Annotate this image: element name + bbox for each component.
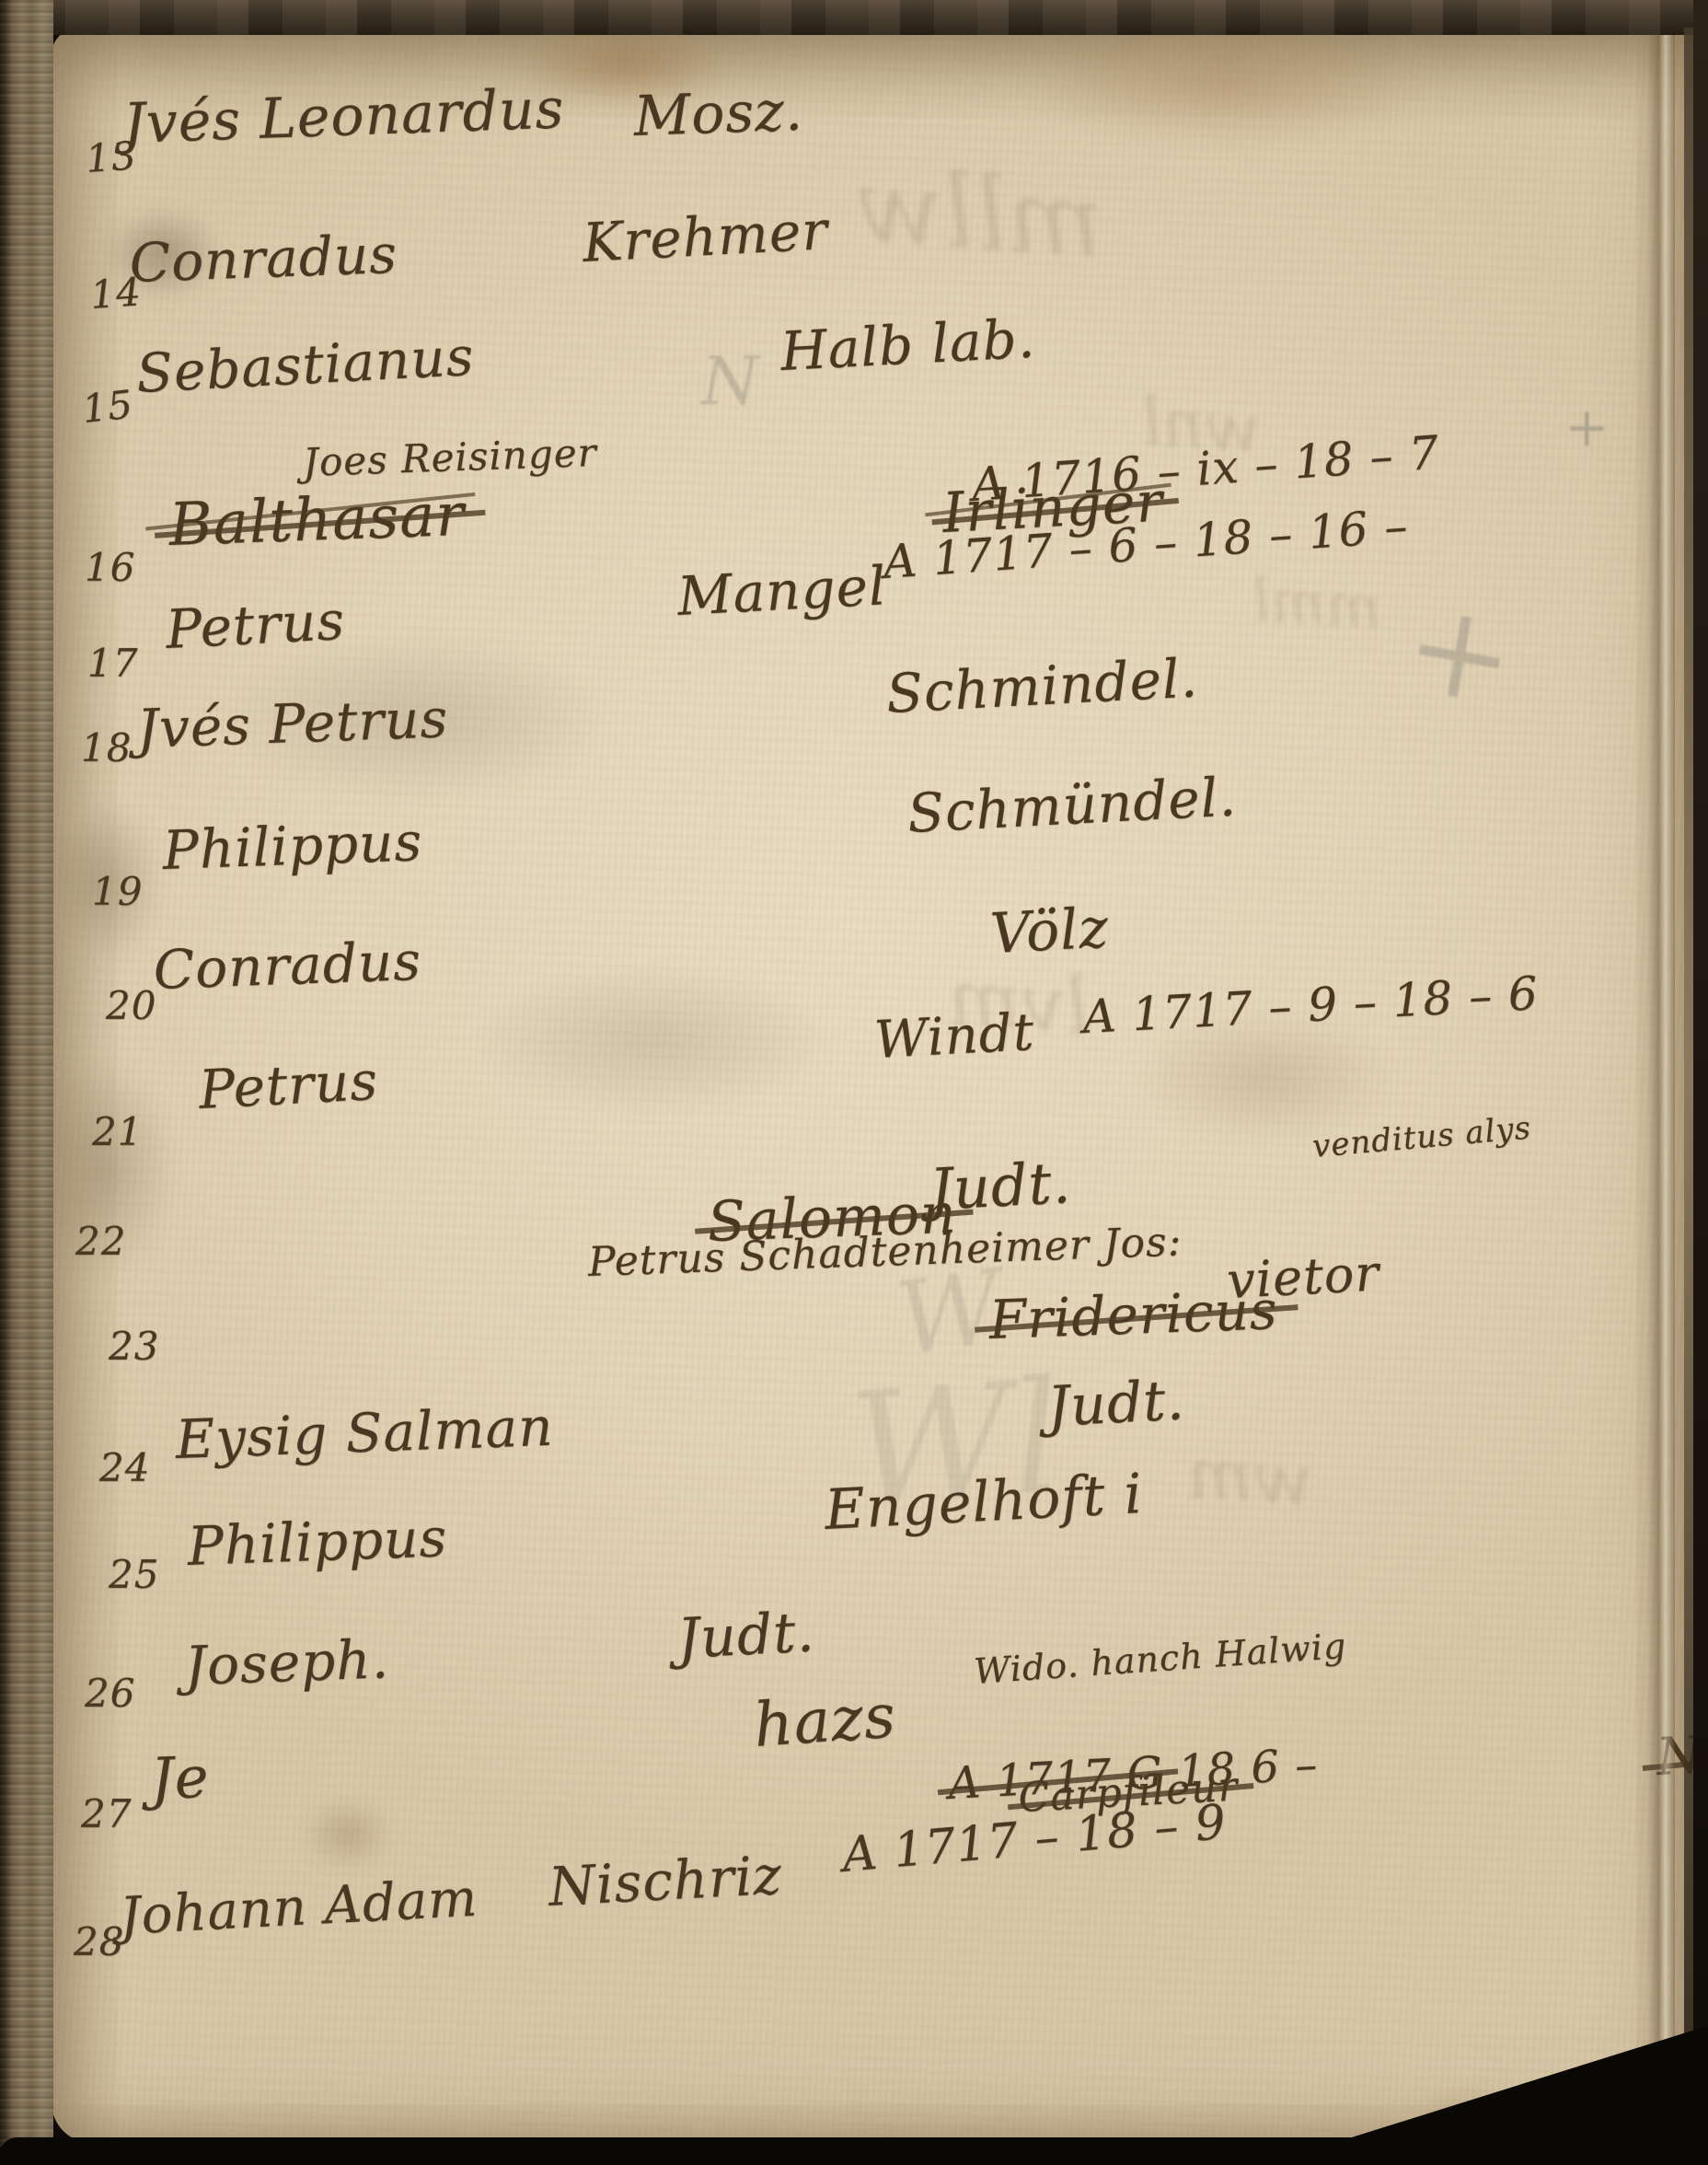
entry-23-number: 23 [109,1324,159,1369]
entry-20-surname: Völz [988,896,1110,967]
entry-26-name: Joseph. [184,1627,390,1697]
entry-27-date-rest: 18 6 – [1177,1739,1320,1798]
entry-19-number: 19 [92,869,143,914]
entry-24-name: Eysig Salman [175,1395,555,1471]
entry-25-number: 25 [109,1552,159,1597]
entry-28-surname: Nischriz [547,1844,783,1918]
entry-24-surname: Judt. [1045,1368,1186,1440]
entry-14-name: Conradus [129,223,398,295]
entry-13-surname: Mosz. [633,79,804,149]
entry-21-number: 21 [92,1109,143,1154]
entry-14-surname: Krehmer [581,199,829,274]
ink-smudge [479,967,828,1114]
entry-15-number: 15 [80,381,135,432]
entry-17-surname: Mangel [675,554,888,628]
entry-16-number: 16 [85,545,135,590]
entry-23-occupation: vietor [1226,1244,1381,1310]
entry-27-number: 27 [81,1791,132,1836]
bleed-through-text: mllw [852,146,1107,281]
entry-25-name: Philippus [187,1506,449,1578]
entry-26-surname: Judt. [675,1600,816,1672]
book-top-edge-texture [0,0,1708,35]
bleed-through-text: mml [1250,566,1385,643]
entry-18-number: 18 [81,725,132,770]
entry-17-name: Petrus [164,589,346,661]
entry-20-name: Conradus [153,930,422,1001]
entry-27-surname: hazs [752,1680,898,1761]
entry-15-surname: Halb lab. [779,307,1036,383]
entry-16-name-struck: Balthasar [167,481,466,560]
pencil-mark: N [701,342,759,420]
entry-17-number: 17 [87,641,138,686]
entry-22-surname: Judt. [928,1149,1073,1223]
entry-21-surname: Windt [873,1002,1036,1071]
entry-22-number: 22 [75,1219,126,1264]
entry-26-number: 26 [85,1671,135,1716]
page-fold-crease [1647,31,1675,2055]
stain [304,1800,392,1870]
entry-20-number: 20 [106,983,156,1028]
entry-19-name: Philippus [162,810,424,882]
entry-24-number: 24 [99,1445,150,1490]
entry-18-name: Jvés Petrus [136,687,450,760]
book-page-stack-texture [0,0,53,2147]
entry-27-name: Je [149,1743,210,1812]
manuscript-photo: mllw wnl mml lvm wm N + + W Wl 13 Jvés L… [0,0,1708,2165]
photo-right-edge [1693,0,1708,2165]
stain [1021,20,1426,149]
pencil-mark: + [1564,396,1610,458]
bleed-through-text: wm [1184,1431,1316,1522]
entry-21-name: Petrus [197,1049,379,1121]
entry-28-number: 28 [74,1919,124,1964]
